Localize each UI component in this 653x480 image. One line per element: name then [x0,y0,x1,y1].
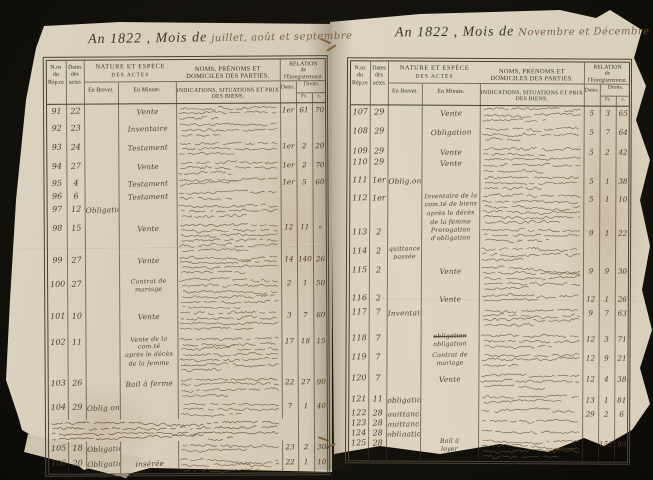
illegible-handwriting [177,175,277,189]
duty-francs: 11 [297,220,312,231]
cell-names [177,103,281,121]
cell-repertoire-no: 93 [47,140,67,159]
repertoire-number: 114 [349,244,368,255]
act-date: 28 [369,416,386,426]
cell-reg-date: 22 [282,375,298,399]
repertoire-number: 94 [47,159,66,170]
duty-francs: 1 [299,455,314,466]
duty-centimes: 71 [615,332,627,343]
marginal-note-row [48,418,326,442]
cell-fr: 7 [298,308,314,334]
cell-date: 11 [68,335,86,376]
register-row: 1207Vente12438 [349,371,627,393]
cell-minute: Vente [421,371,479,392]
indications-header: INDICATIONS, SITUATIONS ET PRIX DES BIEN… [480,83,584,105]
cell-date: 29 [370,144,388,155]
act-date: 27 [68,277,85,288]
cell-fr: 3 [600,106,616,125]
cell-brevet [85,253,119,277]
cell-fr: 1 [298,399,314,418]
cell-repertoire-no: 118 [349,331,369,350]
cell-repertoire-no: 100 [48,277,68,309]
cell-minute [421,244,479,263]
act-type-label: Inventaire [387,305,420,317]
cell-names [178,276,282,309]
registration-date: 22 [282,375,297,386]
cell-minute [421,426,479,436]
cell-date: 28 [368,436,386,460]
cell-names [480,225,584,245]
register-row: 1142quittancepassée [349,244,627,264]
register-row: 9122Vente1er6170 [47,103,325,122]
cell-minute [421,392,479,406]
register-row: 9324Testament1er220 [47,139,325,160]
cell-c [313,188,325,201]
cell-c: 50 [314,276,326,308]
cell-fr [599,427,615,437]
relation-enregistrement-header: RELATIONdel'Enregistrement. [280,59,326,81]
cell-brevet [388,144,422,155]
act-type-label: Vente [422,155,479,168]
illegible-handwriting [178,276,278,309]
cell-minute: Testament [119,176,177,189]
repertoire-number: 103 [48,376,67,387]
cell-names [177,220,281,253]
duty-francs: 3 [599,332,614,343]
cell-c [313,120,325,139]
cell-c: 26 [615,292,627,306]
cell-date: 1er [370,191,388,225]
indications-header: INDICATIONS, SITUATIONS ET PRIX DES BIEN… [176,81,280,103]
illegible-handwriting [480,144,580,156]
cell-brevet: quittance [387,406,421,416]
cell-minute: Bail àloyer [420,436,478,460]
duty-francs: 4 [599,372,614,383]
duty-centimes: » [313,220,325,231]
illegible-handwriting [479,392,579,407]
cell-date: 28 [369,426,387,436]
act-type-label: loyer [420,445,477,455]
cell-repertoire-no: 119 [349,350,369,371]
cell-reg-date: 9 [583,264,599,292]
cell-brevet [387,331,421,350]
cell-minute [121,441,179,456]
register-row: 10729Vente5365 [350,105,628,125]
cell-date: 29 [68,400,86,419]
duty-francs: 5 [297,175,312,186]
cell-date: 18 [69,441,87,456]
cell-repertoire-no: 120 [349,371,369,392]
cell-reg-date [584,156,600,174]
illegible-handwriting [178,308,278,335]
register-row: 9927Vente1414026 [47,252,325,278]
duty-francs: 1 [599,292,614,303]
cell-date: 2 [369,263,387,291]
duty-centimes: 22 [616,226,628,237]
cell-repertoire-no: 91 [47,104,67,121]
francs-header: Fr. [600,96,616,105]
act-date: 1er [370,191,387,202]
act-date: 12 [67,202,84,213]
cell-repertoire-no: 99 [47,253,67,277]
act-date: 29 [370,124,387,135]
cell-minute [421,416,479,426]
duty-francs: 3 [600,106,615,117]
cell-date: 28 [369,406,387,416]
register-row: 10829Obligation5764 [350,124,628,145]
cell-minute: Vente de la com.téaprès le décèsde la fe… [120,335,178,376]
cell-minute: Prorogationd'obligation [422,225,480,244]
cell-minute: Vente [422,155,480,173]
cell-reg-date: 12 [583,351,599,372]
cell-names [479,331,583,351]
cell-reg-date: 2 [282,276,298,308]
cell-fr: 27 [298,375,314,399]
registration-date: 12 [583,351,598,362]
registration-date: 22 [283,455,298,466]
cell-date: 24 [67,140,85,159]
act-type-label: Testament [119,140,176,153]
cell-minute: Vente [119,221,177,253]
cell-minute: Vente [422,105,480,124]
cell-brevet: Obligation [87,456,121,473]
act-type-label: Vente [421,291,478,304]
cell-reg-date: 5 [584,125,600,145]
cell-names [479,371,583,393]
repertoire-number: 105 [49,441,68,452]
left-register-table: N.osduRép.re Datesdesactes NATURE ET ESP… [43,55,331,477]
cell-date: 4 [67,176,85,189]
cell-fr: 2 [299,440,315,455]
registration-date: 5 [584,174,599,185]
cell-minute: Vente [421,291,479,305]
duty-centimes: 60 [313,175,325,186]
cell-brevet [388,225,422,244]
illegible-handwriting [177,103,277,121]
cell-reg-date: 5 [584,145,600,156]
relation-droits-header: Droits. [296,81,326,93]
cell-date: 11 [369,392,387,406]
act-type-label: Oblig.on [388,173,421,185]
registration-date: 9 [583,264,598,275]
repertoire-number: 112 [350,191,369,202]
cell-c: 60 [313,175,325,188]
duty-francs: 61 [297,103,312,114]
illegible-handwriting [480,225,580,245]
cell-minute: Vente [421,263,479,291]
cell-date: 27 [67,159,85,176]
duty-centimes: 20 [313,139,325,150]
act-date: 26 [68,376,85,387]
duty-centimes: 38 [616,174,628,185]
cell-c [615,427,627,437]
act-date: 23 [67,121,84,132]
cell-minute: Contrat demariage [421,350,479,371]
cell-date: 12 [67,202,85,221]
illegible-handwriting [479,371,579,393]
cell-reg-date: 12 [583,372,599,393]
registration-date: 2 [282,276,297,287]
duty-francs: 152 [599,437,614,448]
act-date: 22 [67,104,84,115]
duty-francs: 1 [600,226,615,237]
relation-enregistrement-header: RELATIONdel'Enregistrement. [584,62,629,84]
duty-centimes: 50 [314,276,326,287]
repertoire-number: 102 [48,335,67,346]
cell-repertoire-no: 94 [47,159,67,176]
register-row: 9427Vente1er270 [47,158,325,177]
act-date: 10 [68,309,85,320]
act-type-label: Vente [421,263,478,276]
duty-francs: 2 [599,407,614,417]
illegible-handwriting [479,244,579,264]
en-brevet-header: En Brevet. [84,82,118,103]
act-type-label: Oblig.on [86,400,119,413]
nature-espece-header: NATURE ET ESPÈCEDES ACTES [84,60,176,83]
cell-repertoire-no: 108 [350,124,370,144]
duty-francs: 1 [600,192,615,203]
cell-minute: Testament [119,189,177,202]
repertoire-number: 91 [47,104,66,115]
duty-centimes: 90 [615,437,627,448]
cell-brevet [388,191,422,225]
cell-c: 30 [315,440,327,455]
duty-centimes: 81 [615,393,627,404]
right-register-table: N.osduRép.re Datesdesactes NATURE ET ESP… [345,57,632,464]
cell-date: 20 [69,456,87,473]
cell-repertoire-no: 101 [48,309,68,335]
duty-centimes: 90 [314,375,326,386]
cell-fr: 1 [298,276,314,308]
illegible-handwriting [479,305,579,332]
cell-c: 15 [314,334,326,375]
cell-reg-date: 1er [281,139,297,158]
cell-reg-date [582,437,598,461]
en-minute-header: En Minute. [118,82,176,103]
cell-reg-date: 12 [583,332,599,351]
cell-minute: obligationobligation [421,331,479,350]
cell-repertoire-no: 95 [47,176,67,189]
act-type-label: Testament [119,176,176,189]
register-row: 9223Inventaire [47,120,325,141]
registration-date: 12 [583,372,598,383]
repertoire-no-header: N.osduRép.re [350,61,370,104]
illegible-handwriting [480,191,580,226]
illegible-handwriting [177,139,277,159]
duty-centimes: 70 [313,158,325,169]
act-date: 11 [68,335,85,346]
duty-francs: 7 [298,308,313,319]
cell-names [178,375,282,400]
cell-fr [599,245,615,264]
cell-reg-date: 9 [584,226,600,245]
cell-reg-date: 1er [281,158,297,175]
cell-brevet [387,291,421,305]
cell-reg-date [281,188,297,201]
cell-fr: 7 [600,125,616,145]
cell-fr: 1 [600,192,616,226]
cell-c [314,418,326,440]
act-date: 28 [369,426,386,436]
illegible-handwriting [177,252,277,277]
registration-date: 1er [281,103,296,114]
cell-repertoire-no: 96 [47,189,67,202]
repertoire-number: 98 [47,221,66,232]
cell-date: 10 [68,309,86,335]
act-type-label: d'obligation [422,234,479,244]
repertoire-number: 99 [47,253,66,264]
illegible-handwriting [48,418,278,441]
cell-names [478,436,582,461]
cell-c: 10 [616,192,628,226]
cell-date: 27 [67,253,85,277]
cell-brevet [85,104,119,121]
cell-names [179,440,283,456]
cell-c [616,156,628,174]
act-type-label: quittance [387,416,420,426]
relation-droits-header: Droits. [600,84,629,96]
cell-repertoire-no: 110 [350,155,370,173]
cell-brevet [388,155,422,173]
cell-c: 21 [615,351,627,372]
cell-c [615,417,627,427]
cell-reg-date: 12 [583,292,599,306]
act-date: 24 [67,140,84,151]
cell-fr: 2 [297,158,313,175]
cell-repertoire-no: 113 [350,225,370,244]
cell-names [479,406,583,417]
cell-reg-date [583,417,599,427]
cell-date: 7 [369,305,387,331]
cell-fr [298,418,314,440]
cell-fr: 9 [599,351,615,372]
cell-c: 71 [615,332,627,351]
duty-francs: 1 [599,393,614,404]
repertoire-number: 104 [48,400,67,411]
cell-fr: 61 [297,103,313,120]
cell-c [615,245,627,264]
register-row: 1187obligationobligation12371 [349,331,627,351]
register-row: 12528Bail àloyer15290 [348,436,626,461]
cell-reg-date: 5 [584,192,600,226]
cell-brevet [386,436,420,460]
registration-date: 14 [281,252,296,263]
cell-names [479,350,583,372]
act-date: 2 [369,291,386,302]
cell-c: 6 [615,407,627,417]
illegible-handwriting [177,201,277,221]
repertoire-number: 121 [349,392,368,403]
duty-francs: 1 [600,174,615,185]
act-type-label: obligation [421,340,478,350]
repertoire-number: 93 [47,140,66,151]
act-type-label: Obligation [422,124,479,137]
register-row: 12111obligation13181 [349,392,627,407]
act-date: 4 [67,176,84,187]
repertoire-number: 107 [350,105,369,116]
cell-date: 7 [369,331,387,350]
cell-date: 27 [68,277,86,309]
cell-repertoire-no: 104 [48,400,68,419]
register-row: 9712Obligation [47,201,325,222]
cell-reg-date [583,427,599,437]
cell-repertoire-no: 125 [348,436,368,460]
cell-repertoire-no: 121 [349,392,369,406]
act-type-label: Vente [119,253,176,266]
cell-date: 1er [370,173,388,191]
cell-names [177,158,281,176]
register-row: 10211Vente de la com.téaprès le décèsde … [48,334,326,377]
cell-date: 29 [370,155,388,173]
cell-names [479,416,583,427]
cell-reg-date: 17 [282,334,298,375]
cell-names [479,244,583,264]
duty-centimes: 40 [314,399,326,410]
cell-names [479,305,583,332]
cell-minute [421,406,479,416]
register-row: 10326Bail à ferme222790 [48,375,326,401]
cell-names [177,252,281,277]
illegible-handwriting [479,350,579,372]
act-type-label: passée [387,253,420,263]
printed-year-month-label: An 1822 , Mois de [395,24,514,40]
left-table-header: N.osduRép.re Datesdesactes NATURE ET ESP… [46,59,324,105]
cell-brevet [387,263,421,291]
repertoire-no-header: N.osduRép.re [46,60,66,103]
duty-centimes: 38 [615,372,627,383]
duty-centimes: 6 [615,407,627,417]
repertoire-number: 120 [349,371,368,382]
repertoire-number: 116 [349,291,368,302]
act-date: 18 [69,441,86,452]
cell-fr [297,120,313,139]
act-date: 7 [369,350,386,361]
cell-reg-date: 3 [282,308,298,334]
duty-francs: 27 [298,375,313,386]
duty-centimes: 30 [315,440,327,451]
illegible-handwriting [178,399,278,419]
cell-brevet: Oblig.on [388,173,422,191]
cell-fr [600,156,616,174]
illegible-handwriting [480,173,580,192]
cell-repertoire-no: 115 [349,263,369,291]
repertoire-number: 124 [349,426,368,436]
cell-fr: 11 [297,220,313,252]
cell-minute [119,202,177,221]
cell-c: 81 [615,393,627,407]
act-date: 27 [67,253,84,264]
cell-brevet [388,124,422,144]
act-type-label: de la femme [120,359,177,370]
repertoire-number: 110 [350,155,369,166]
act-type-label: Vente [421,371,478,384]
cell-repertoire-no: 92 [47,121,67,140]
cell-reg-date: 1er [281,175,297,188]
cell-c: 22 [616,226,628,245]
cell-brevet [387,371,421,392]
cell-repertoire-no: 124 [349,426,369,436]
registration-date: 23 [283,440,298,451]
registration-date: 1er [281,139,296,150]
cell-brevet: Oblig.on [86,400,120,419]
duty-centimes: 63 [615,306,627,317]
duty-francs: 7 [600,125,615,136]
cell-fr: 2 [600,145,616,156]
cell-minute: Inventaire de lacom.té de biensaprès le … [422,191,480,225]
duty-centimes: 65 [616,106,628,117]
repertoire-number: 123 [349,416,368,426]
repertoire-number: 117 [349,305,368,316]
